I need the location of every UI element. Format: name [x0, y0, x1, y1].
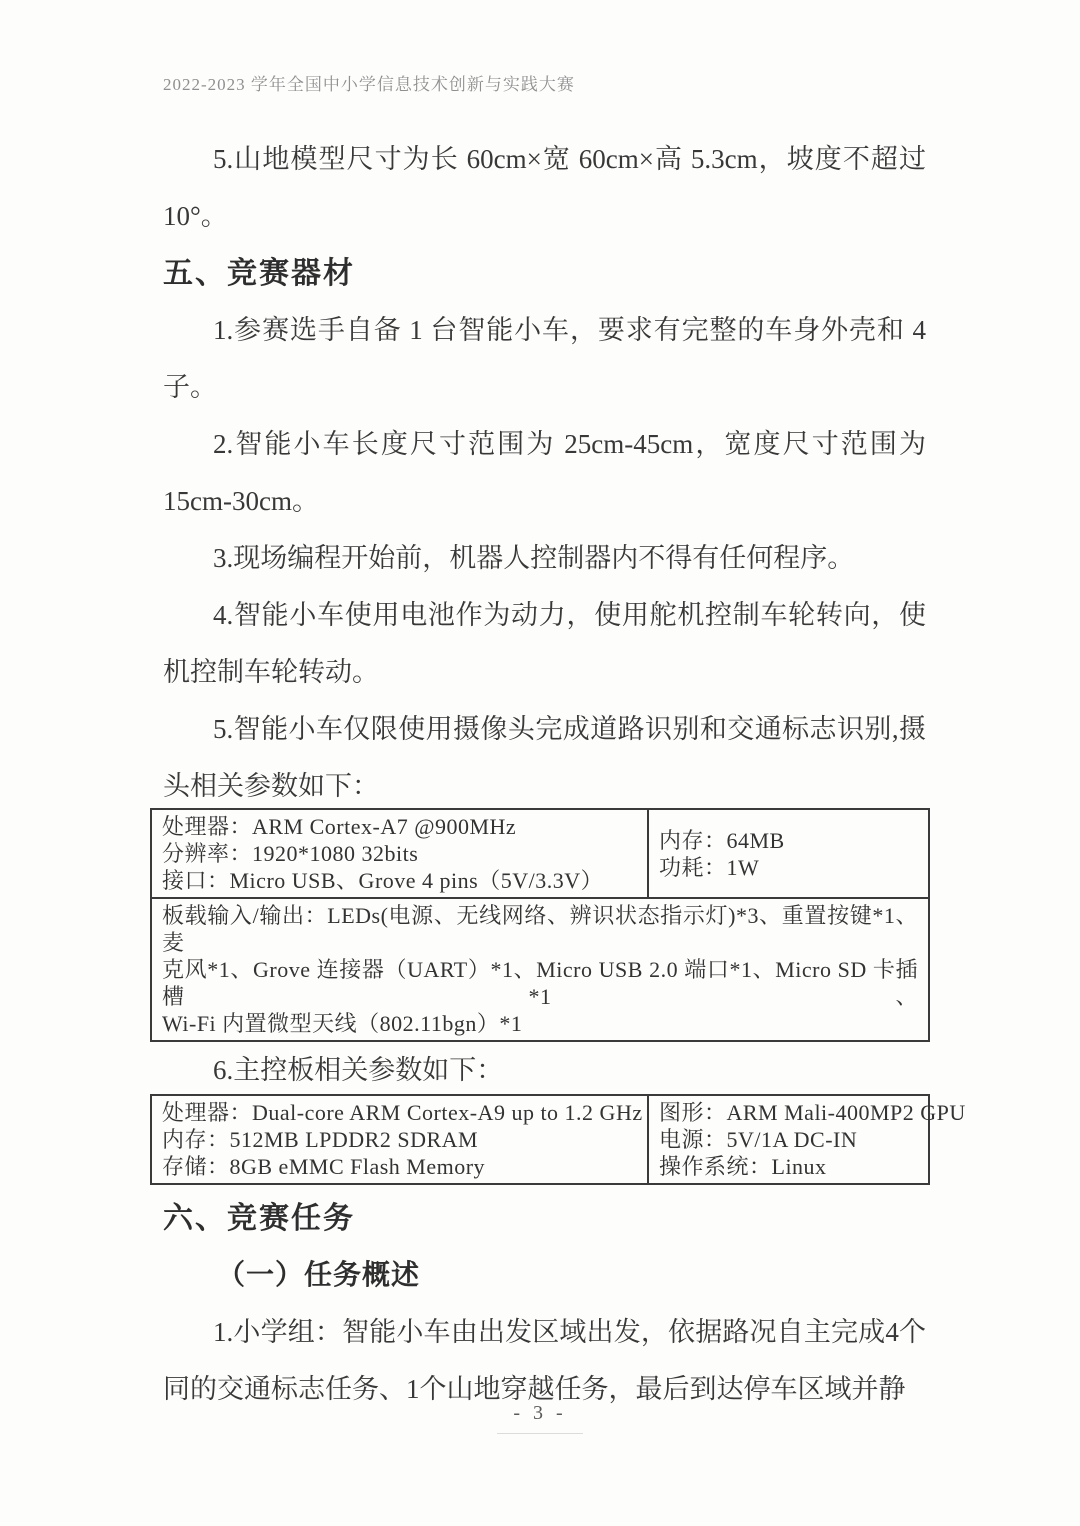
camera-io-line3: Wi-Fi 内置微型天线（802.11bgn）*1 — [162, 1010, 918, 1037]
document-page: 2022-2023 学年全国中小学信息技术创新与实践大赛 5.山地模型尺寸为长 … — [0, 0, 1080, 1526]
tasks-subheading-overview: （一）任务概述 — [150, 1247, 930, 1304]
camera-io-line1: 板载输入/输出：LEDs(电源、无线网络、辨识状态指示灯)*3、重置按键*1、麦 — [162, 902, 918, 956]
document-header: 2022-2023 学年全国中小学信息技术创新与实践大赛 — [163, 70, 575, 95]
camera-resolution: 分辨率：1920*1080 32bits — [162, 840, 637, 867]
camera-io-line2: 克风*1、Grove 连接器（UART）*1、Micro USB 2.0 端口*… — [162, 956, 918, 1010]
camera-memory: 内存：64MB — [659, 827, 918, 854]
equipment-item4-line1: 4.智能小车使用电池作为动力，使用舵机控制车轮转向，使用电 — [150, 587, 930, 644]
mainboard-processor: 处理器：Dual-core ARM Cortex-A9 up to 1.2 GH… — [162, 1099, 637, 1126]
mainboard-spec-cell-left: 处理器：Dual-core ARM Cortex-A9 up to 1.2 GH… — [152, 1096, 649, 1183]
equipment-item5-line1: 5.智能小车仅限使用摄像头完成道路识别和交通标志识别,摄像 — [150, 701, 930, 758]
equipment-item3-line1: 3.现场编程开始前，机器人控制器内不得有任何程序。 — [150, 530, 930, 587]
camera-power: 功耗：1W — [659, 854, 918, 881]
mainboard-gpu: 图形：ARM Mali-400MP2 GPU — [659, 1099, 966, 1126]
section-heading-tasks: 六、竞赛任务 — [150, 1190, 930, 1247]
tasks-item1-line1: 1.小学组：智能小车由出发区域出发，依据路况自主完成4个不 — [150, 1304, 930, 1361]
mainboard-memory: 内存：512MB LPDDR2 SDRAM — [162, 1126, 637, 1153]
camera-spec-cell-left: 处理器：ARM Cortex-A7 @900MHz 分辨率：1920*1080 … — [152, 810, 649, 897]
mainboard-spec-table: 处理器：Dual-core ARM Cortex-A9 up to 1.2 GH… — [150, 1094, 930, 1185]
camera-interface: 接口：Micro USB、Grove 4 pins（5V/3.3V） — [162, 867, 637, 894]
document-body: 5.山地模型尺寸为长 60cm×宽 60cm×高 5.3cm，坡度不超过 10°… — [150, 131, 930, 1418]
camera-processor: 处理器：ARM Cortex-A7 @900MHz — [162, 813, 637, 840]
mainboard-power: 电源：5V/1A DC-IN — [659, 1126, 966, 1153]
camera-spec-row-io: 板载输入/输出：LEDs(电源、无线网络、辨识状态指示灯)*3、重置按键*1、麦… — [152, 897, 928, 1040]
camera-spec-row-main: 处理器：ARM Cortex-A7 @900MHz 分辨率：1920*1080 … — [152, 810, 928, 897]
paragraph-mountain-model-line2: 10°。 — [150, 188, 930, 245]
equipment-item6-line1: 6.主控板相关参数如下： — [150, 1042, 930, 1099]
section-heading-equipment: 五、竞赛器材 — [150, 245, 930, 302]
equipment-item1-line2: 子。 — [150, 359, 930, 416]
paragraph-mountain-model-line1: 5.山地模型尺寸为长 60cm×宽 60cm×高 5.3cm，坡度不超过 — [150, 131, 930, 188]
equipment-item2-line2: 15cm-30cm。 — [150, 473, 930, 530]
mainboard-os: 操作系统：Linux — [659, 1153, 966, 1180]
equipment-item2-line1: 2.智能小车长度尺寸范围为 25cm-45cm，宽度尺寸范围为 — [150, 416, 930, 473]
document-footer: - 3 - — [0, 1402, 1080, 1434]
equipment-item4-line2: 机控制车轮转动。 — [150, 644, 930, 701]
mainboard-spec-row: 处理器：Dual-core ARM Cortex-A9 up to 1.2 GH… — [152, 1096, 928, 1183]
camera-spec-cell-right: 内存：64MB 功耗：1W — [649, 810, 928, 897]
page-number: - 3 - — [497, 1402, 582, 1434]
camera-spec-table: 处理器：ARM Cortex-A7 @900MHz 分辨率：1920*1080 … — [150, 808, 930, 1042]
mainboard-storage: 存储：8GB eMMC Flash Memory — [162, 1153, 637, 1180]
equipment-item1-line1: 1.参赛选手自备 1 台智能小车，要求有完整的车身外壳和 4 个轮 — [150, 302, 930, 359]
equipment-item5-line2: 头相关参数如下： — [150, 758, 930, 815]
mainboard-spec-cell-right: 图形：ARM Mali-400MP2 GPU 电源：5V/1A DC-IN 操作… — [649, 1096, 976, 1183]
